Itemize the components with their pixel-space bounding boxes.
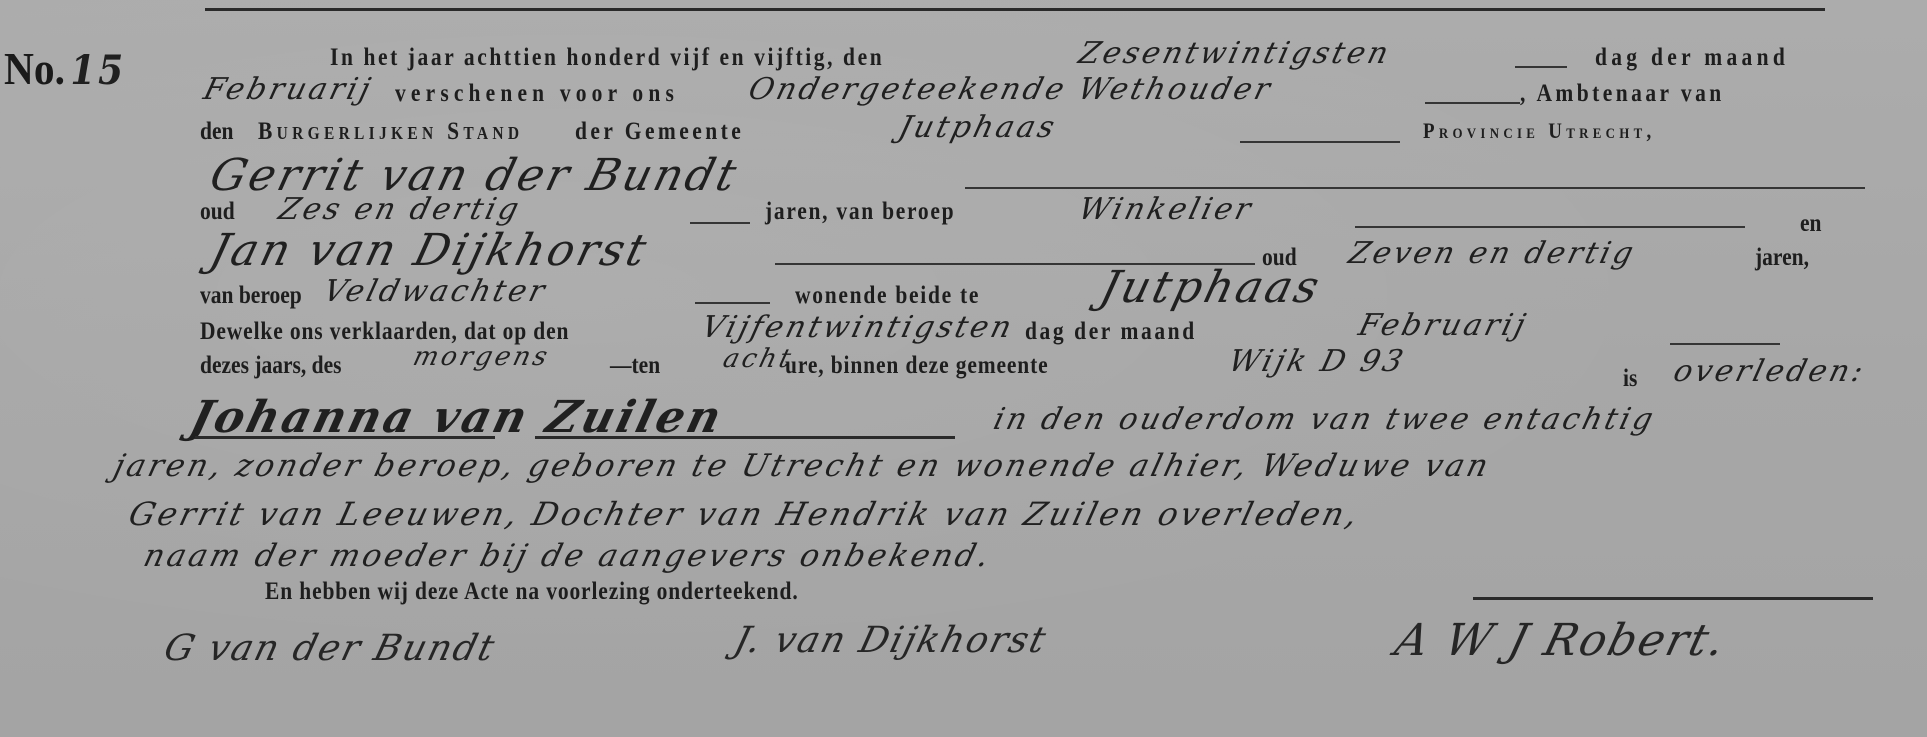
line9-hand-overleden: overleden: <box>1670 354 1870 389</box>
line1-hand-day: Zesentwintigsten <box>1075 36 1395 71</box>
line5-hand-age1: Zes en dertig <box>275 192 525 227</box>
line2-hand-official: Ondergeteekende Wethouder <box>745 72 1276 107</box>
line7-printed-a: van beroep <box>200 282 302 310</box>
line3-province: Provincie Utrecht, <box>1423 118 1656 144</box>
line5-rule-a <box>690 222 750 224</box>
line3-rule <box>1240 141 1400 143</box>
deceased-underline-1 <box>195 436 495 439</box>
line7-rule <box>695 302 770 304</box>
line7-printed-b: wonende beide te <box>795 282 980 310</box>
line5-printed-a: oud <box>200 198 235 226</box>
line9-printed-d: is <box>1623 365 1637 393</box>
line2-rule <box>1425 102 1520 104</box>
line5-printed-c: en <box>1800 210 1822 238</box>
line1-printed-b: dag der maand <box>1595 44 1789 72</box>
line9-hand-address: Wijk D 93 <box>1225 344 1409 379</box>
line9-printed-c: ure, binnen deze gemeente <box>785 352 1049 380</box>
line6-hand-age2: Zeven en dertig <box>1345 236 1640 271</box>
top-rule <box>205 8 1825 11</box>
signature-declarant2: J. van Dijkhorst <box>730 620 1052 661</box>
line11-hand-text: jaren, zonder beroep, geboren te Utrecht… <box>110 448 1495 484</box>
line9-printed-b: —ten <box>610 352 660 380</box>
line6-printed-b: jaren, <box>1755 244 1809 272</box>
signature-official: A W J Robert. <box>1390 615 1732 666</box>
line10-hand-text: in den ouderdom van twee entachtig <box>990 402 1659 437</box>
record-number-label: No. <box>4 43 65 94</box>
line8-rule <box>1670 343 1780 345</box>
line3-printed-b: der Gemeente <box>575 118 744 146</box>
line2-printed-b: , Ambtenaar van <box>1520 80 1725 108</box>
line9-hand-time: morgens <box>410 342 553 372</box>
line3-burgerlijken-stand: Burgerlijken Stand <box>258 118 523 146</box>
line2-hand-month: Februarij <box>200 72 377 107</box>
line13-hand-text: naam der moeder bij de aangevers onbeken… <box>140 538 996 574</box>
deceased-underline-2 <box>535 436 955 439</box>
line8-hand-month: Februarij <box>1355 308 1532 343</box>
record-number: No.15 <box>4 42 120 95</box>
line3-hand-municipality: Jutphaas <box>895 110 1061 145</box>
line8-hand-day: Vijfentwintigsten <box>698 310 1018 345</box>
line5-printed-b: jaren, van beroep <box>765 198 955 226</box>
closing-sentence: En hebben wij deze Acte na voorlezing on… <box>265 578 799 606</box>
line9-printed-a: dezes jaars, des <box>200 352 342 380</box>
line3-printed-a: den <box>200 118 233 146</box>
line1-printed-a: In het jaar achttien honderd vijf en vij… <box>330 44 884 72</box>
line13-rule <box>1473 597 1873 600</box>
line7-hand-occupation2: Veldwachter <box>320 274 551 309</box>
line5-hand-occupation1: Winkelier <box>1075 192 1257 227</box>
document-page: No.15 In het jaar achttien honderd vijf … <box>0 0 1927 737</box>
signature-declarant1: G van der Bundt <box>160 628 500 669</box>
line1-rule <box>1515 66 1567 68</box>
line6-hand-declarant2: Jan van Dijkhorst <box>205 225 654 276</box>
record-number-value: 15 <box>70 47 126 94</box>
line12-hand-text: Gerrit van Leeuwen, Dochter van Hendrik … <box>125 495 1364 533</box>
line5-rule-b <box>1355 226 1745 228</box>
line8-printed-b: dag der maand <box>1025 318 1197 346</box>
line2-printed-a: verschenen voor ons <box>395 80 679 108</box>
line7-hand-residence: Jutphaas <box>1095 262 1327 313</box>
line4-rule <box>965 187 1865 189</box>
